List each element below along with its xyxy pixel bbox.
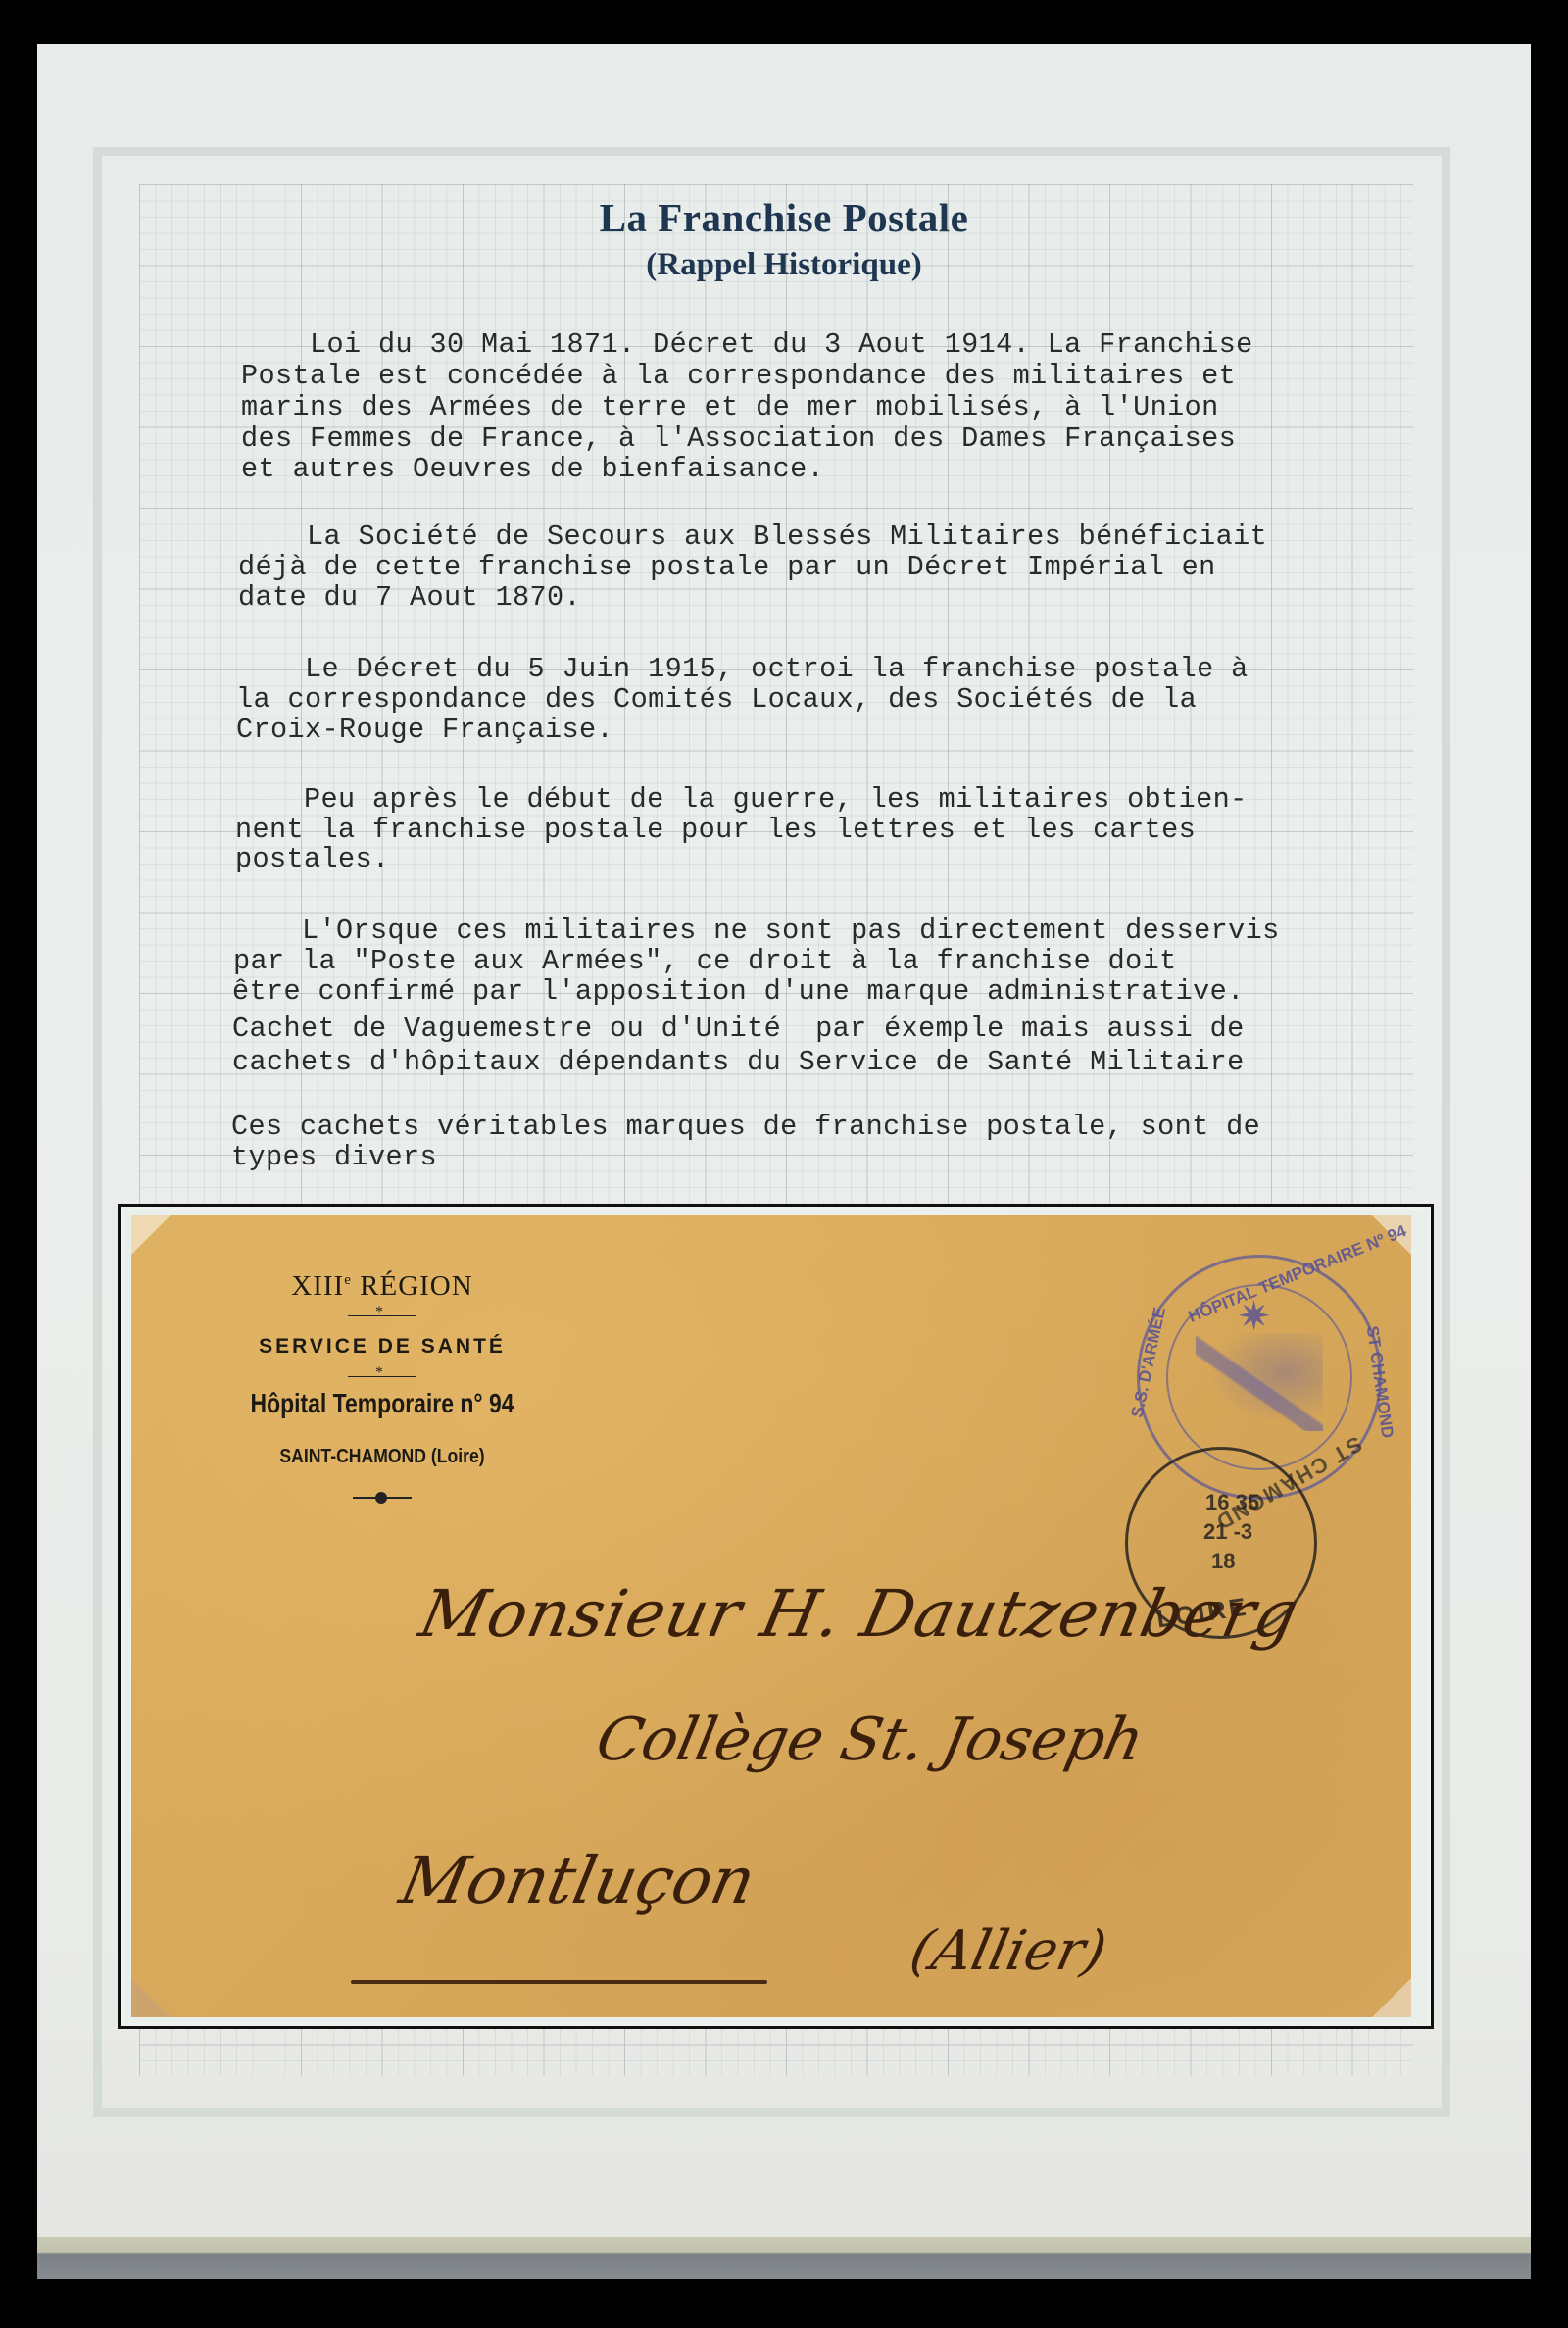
text-line: Postale est concédée à la correspondance…	[241, 361, 1236, 392]
text-line: Cachet de Vaguemestre ou d'Unité par éxe…	[232, 1014, 1245, 1045]
text-line: L'Orsque ces militaires ne sont pas dire…	[233, 916, 1280, 947]
text-line: La Société de Secours aux Blessés Milita…	[238, 521, 1267, 553]
cachet-figure-emblem-icon	[1196, 1333, 1323, 1431]
text-line: nent la franchise postale pour les lettr…	[235, 815, 1196, 846]
text-line: cachets d'hôpitaux dépendants du Service…	[232, 1047, 1245, 1078]
region-superscript: e	[344, 1272, 352, 1288]
text-line: types divers	[231, 1142, 437, 1173]
text-line: la correspondance des Comités Locaux, de…	[236, 684, 1197, 716]
mount-corner-bottom-right	[1372, 1978, 1411, 2017]
region-numeral: XIII	[291, 1270, 344, 1302]
ornament-divider-icon	[333, 1310, 431, 1321]
text-line: date du 7 Aout 1870.	[238, 582, 581, 614]
ornament-divider-icon	[333, 1370, 431, 1382]
text-line: et autres Oeuvres de bienfaisance.	[241, 454, 824, 485]
postmark-year: 18	[1211, 1549, 1235, 1574]
letterhead-hospital: Hôpital Temporaire n° 94	[229, 1388, 535, 1419]
address-recipient: Monsieur H. Dautzenberg	[414, 1576, 1306, 1652]
page-title: La Franchise Postale	[0, 194, 1568, 241]
text-line: postales.	[235, 844, 390, 875]
text-line: Ces cachets véritables marques de franch…	[231, 1112, 1260, 1143]
text-line: être confirmé par l'apposition d'une mar…	[232, 976, 1245, 1008]
album-page-base	[37, 2237, 1531, 2279]
address-line-2: Collège St. Joseph	[591, 1706, 1151, 1774]
letterhead-region: XIIIe RÉGION	[196, 1270, 568, 1303]
mount-corner-bottom-left	[131, 1978, 171, 2017]
text-line: marins des Armées de terre et de mer mob…	[241, 392, 1219, 423]
address-department: (Allier)	[905, 1919, 1112, 1983]
text-line: des Femmes de France, à l'Association de…	[241, 423, 1236, 455]
address-city: Montluçon	[394, 1843, 762, 1918]
mount-corner-top-left	[131, 1215, 171, 1255]
text-line: Loi du 30 Mai 1871. Décret du 3 Aout 191…	[241, 329, 1253, 361]
text-line: Croix-Rouge Française.	[236, 715, 613, 746]
text-line: Peu après le début de la guerre, les mil…	[235, 784, 1248, 816]
page-subtitle: (Rappel Historique)	[0, 247, 1568, 283]
region-word: RÉGION	[360, 1270, 473, 1302]
letterhead-town: SAINT-CHAMOND (Loire)	[219, 1446, 546, 1468]
city-underline	[351, 1980, 767, 1984]
flourish-ornament-icon	[353, 1492, 412, 1502]
letterhead-service: SERVICE DE SANTÉ	[196, 1335, 568, 1359]
text-line: par la "Poste aux Armées", ce droit à la…	[233, 946, 1177, 977]
text-line: Le Décret du 5 Juin 1915, octroi la fran…	[236, 654, 1249, 685]
text-line: déjà de cette franchise postale par un D…	[238, 552, 1216, 583]
